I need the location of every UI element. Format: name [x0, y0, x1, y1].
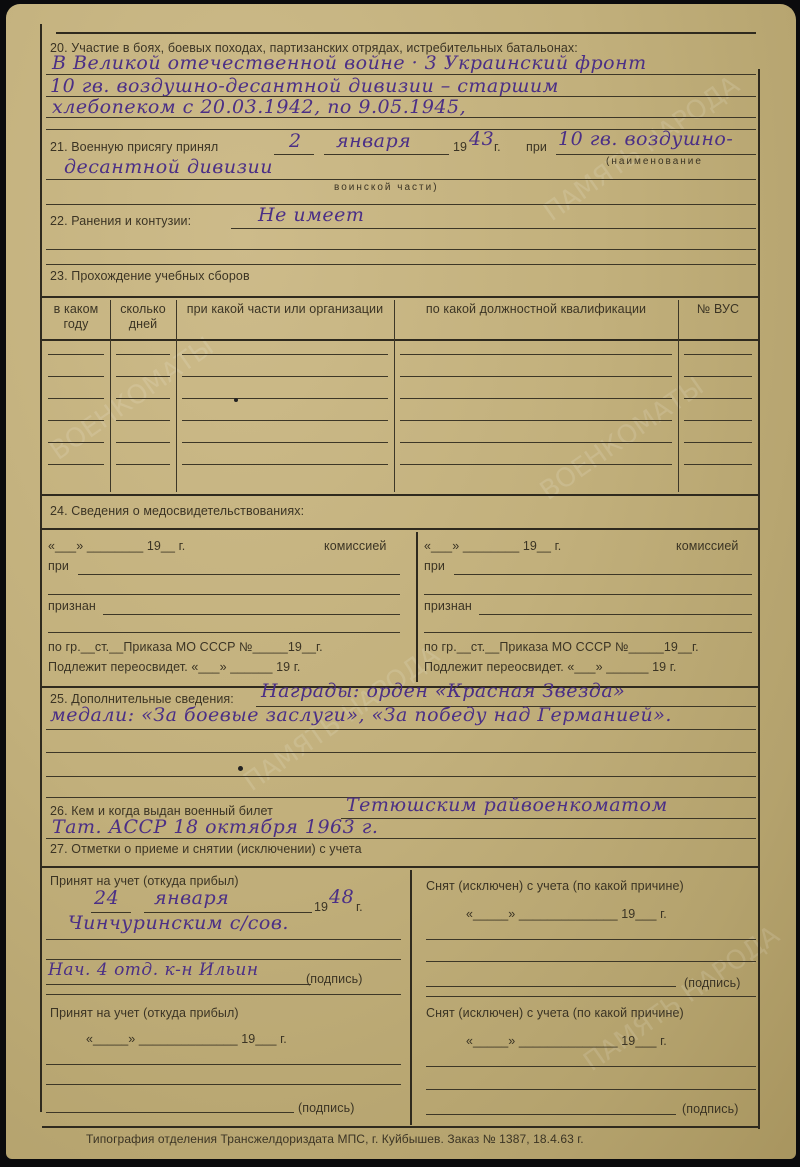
rule [103, 614, 400, 615]
ink-dot [234, 398, 238, 402]
rule [426, 961, 756, 962]
s21-day: 2 [289, 130, 302, 152]
rule [46, 939, 401, 940]
med-exam-recognized: признан [424, 599, 472, 613]
med-exam-order: по гр.__ст.__Приказа МО СССР №_____19__г… [424, 640, 699, 654]
s22-value: Не имеет [258, 204, 364, 226]
table-row-rule [182, 376, 388, 377]
s20-line-3: хлебопеком с 20.03.1942, по 9.05.1945, [52, 96, 466, 118]
table-row-rule [48, 398, 104, 399]
removed-label-1: Снят (исключен) с учета (по какой причин… [426, 879, 684, 893]
table-row-rule [684, 442, 752, 443]
divider [416, 532, 418, 682]
s21-year-prefix: 19 [453, 140, 467, 154]
rule [426, 986, 676, 987]
table-row-rule [182, 354, 388, 355]
rule [46, 994, 401, 995]
accepted-label-2: Принят на учет (откуда прибыл) [50, 1006, 239, 1020]
divider [56, 32, 756, 34]
rule [46, 249, 756, 250]
removed-2-date: «_____» ______________ 19___ г. [466, 1034, 667, 1048]
table-row-rule [400, 442, 672, 443]
s21-year-suffix: 43 [469, 128, 494, 150]
rule [426, 1066, 756, 1067]
table-row-rule [400, 376, 672, 377]
table-column-divider [176, 300, 177, 492]
table-row-rule [116, 354, 170, 355]
rule [46, 204, 756, 205]
table-row-rule [182, 420, 388, 421]
med-exam-at: при [48, 559, 69, 573]
table-header: сколько дней [110, 302, 176, 332]
table-row-rule [182, 464, 388, 465]
rule [48, 594, 400, 595]
table-row-rule [48, 464, 104, 465]
rule [426, 1089, 756, 1090]
table-row-rule [400, 420, 672, 421]
med-exam-commission: комиссией [324, 539, 386, 553]
divider [410, 870, 412, 1125]
table-row-rule [684, 376, 752, 377]
table-row-rule [182, 442, 388, 443]
accepted-1-month: января [154, 887, 229, 909]
rule [341, 818, 756, 819]
s21-label: 21. Военную присягу принял [50, 140, 218, 154]
table-row-rule [48, 354, 104, 355]
s21-unit-line-1: 10 гв. воздушно- [558, 128, 733, 150]
s20-line-2: 10 гв. воздушно-десантной дивизии – стар… [50, 75, 559, 97]
s26-line-2: Тат. АССР 18 октября 1963 г. [52, 816, 378, 838]
table-bottom [42, 494, 758, 496]
table-row-rule [116, 376, 170, 377]
rule [46, 179, 756, 180]
s21-year-unit: г. [494, 140, 501, 154]
accepted-1-day: 24 [94, 887, 119, 909]
table-row-rule [400, 398, 672, 399]
table-row-rule [684, 354, 752, 355]
rule [46, 984, 311, 985]
frame-right [758, 69, 760, 1129]
rule [46, 117, 756, 118]
accepted-1-year-prefix: 19 [314, 900, 328, 914]
table-row-rule [400, 464, 672, 465]
accepted-1-year-unit: г. [356, 900, 363, 914]
rule [424, 632, 752, 633]
s21-caption-b: воинской части) [334, 182, 439, 193]
s26-line-1: Тетюшским райвоенкоматом [346, 794, 668, 816]
removed-label-2: Снят (исключен) с учета (по какой причин… [426, 1006, 684, 1020]
accepted-1-from: Чинчуринским с/сов. [68, 912, 289, 934]
rule [46, 1084, 401, 1085]
table-row-rule [48, 420, 104, 421]
table-header: по какой должностной квалификации [394, 302, 678, 317]
s21-month: января [336, 130, 411, 152]
s25-line-1: Награды: орден «Красная Звезда» [261, 680, 625, 702]
med-exam-recheck: Подлежит переосвидет. «___» ______ 19 г. [48, 660, 300, 674]
table-top [42, 296, 758, 298]
table-column-divider [110, 300, 111, 492]
table-header: при какой части или организации [176, 302, 394, 317]
med-exam-at: при [424, 559, 445, 573]
rule [426, 939, 756, 940]
rule [424, 594, 752, 595]
med-exam-date: «___» ________ 19__ г. [424, 539, 561, 553]
table-header: № ВУС [678, 302, 758, 317]
table-row-rule [116, 398, 170, 399]
rule [556, 154, 756, 155]
s24-label: 24. Сведения о медосвидетельствованиях: [50, 504, 304, 518]
rule [426, 1114, 676, 1115]
med-exam-date: «___» ________ 19__ г. [48, 539, 185, 553]
rule [78, 574, 400, 575]
rule [46, 776, 756, 777]
watermark: ВОЕНКОМАТЫ [45, 332, 220, 467]
s21-at-label: при [526, 140, 547, 154]
s25-line-2: медали: «За боевые заслуги», «За победу … [50, 704, 672, 726]
document-page: ПАМЯТЬ НАРОДА ВОЕНКОМАТЫ ВОЕНКОМАТЫ ПАМЯ… [6, 4, 796, 1159]
watermark: ВОЕНКОМАТЫ [535, 372, 710, 507]
rule [46, 729, 756, 730]
med-exam-recheck: Подлежит переосвидет. «___» ______ 19 г. [424, 660, 676, 674]
signature-caption: (подпись) [684, 976, 740, 990]
divider [42, 866, 758, 868]
signature-caption: (подпись) [298, 1101, 354, 1115]
rule [46, 1064, 401, 1065]
rule [454, 574, 752, 575]
table-row-rule [684, 420, 752, 421]
signature-caption: (подпись) [682, 1102, 738, 1116]
accepted-1-signature: Нач. 4 отд. к-н Ильин [48, 960, 259, 980]
s22-label: 22. Ранения и контузии: [50, 214, 191, 228]
rule [324, 154, 449, 155]
accepted-2-date: «_____» ______________ 19___ г. [86, 1032, 287, 1046]
med-exam-commission: комиссией [676, 539, 738, 553]
rule [479, 614, 752, 615]
accepted-1-year-suffix: 48 [329, 886, 354, 908]
printer-imprint: Типография отделения Трансжелдориздата М… [86, 1132, 584, 1146]
med-exam-order: по гр.__ст.__Приказа МО СССР №_____19__г… [48, 640, 323, 654]
s20-line-1: В Великой отечественной войне · 3 Украин… [52, 52, 647, 74]
divider [42, 1126, 758, 1128]
signature-caption: (подпись) [306, 972, 362, 986]
watermark: ПАМЯТЬ НАРОДА [578, 920, 785, 1077]
table-row-rule [116, 464, 170, 465]
table-column-divider [394, 300, 395, 492]
med-exam-recognized: признан [48, 599, 96, 613]
rule [426, 996, 756, 997]
table-header: в каком году [42, 302, 110, 332]
table-row-rule [48, 442, 104, 443]
divider [42, 528, 758, 530]
rule [46, 1112, 294, 1113]
table-row-rule [116, 442, 170, 443]
table-column-divider [678, 300, 679, 492]
table-row-rule [684, 398, 752, 399]
s27-label: 27. Отметки о приеме и снятии (исключени… [50, 842, 362, 856]
table-row-rule [400, 354, 672, 355]
table-header-rule [42, 339, 758, 341]
rule [46, 752, 756, 753]
accepted-label-1: Принят на учет (откуда прибыл) [50, 874, 239, 888]
ink-dot [238, 766, 243, 771]
rule [46, 838, 756, 839]
removed-1-date: «_____» ______________ 19___ г. [466, 907, 667, 921]
table-row-rule [684, 464, 752, 465]
rule [231, 228, 756, 229]
table-row-rule [48, 376, 104, 377]
table-row-rule [116, 420, 170, 421]
s21-unit-line-2: десантной дивизии [64, 156, 273, 178]
rule [48, 632, 400, 633]
s21-caption-a: (наименование [606, 156, 703, 167]
s23-label: 23. Прохождение учебных сборов [50, 269, 250, 283]
frame-left [40, 24, 42, 1112]
table-row-rule [182, 398, 388, 399]
rule [274, 154, 314, 155]
rule [46, 264, 756, 265]
